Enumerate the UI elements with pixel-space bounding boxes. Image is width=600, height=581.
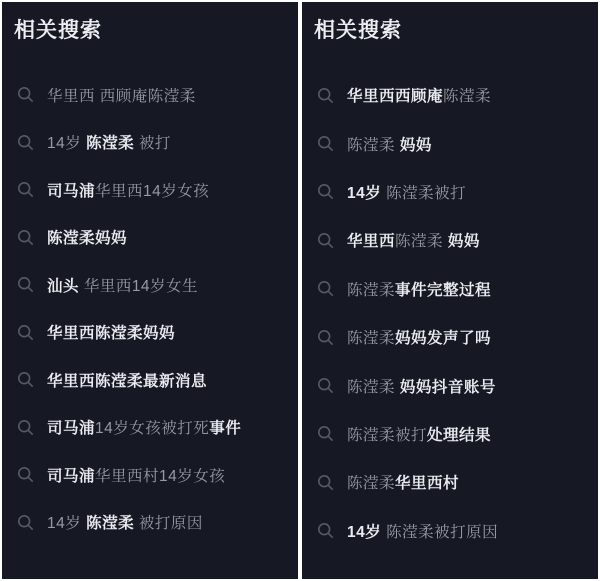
search-suggestion-text: 陈滢柔 妈妈 — [347, 133, 432, 155]
highlighted-term: 14岁 — [347, 185, 386, 202]
search-suggestion-item[interactable]: 14岁 陈滢柔被打原因 — [312, 507, 590, 555]
search-suggestion-text: 华里西陈滢柔妈妈 — [47, 321, 175, 343]
search-suggestion-text: 司马浦华里西14岁女孩 — [47, 179, 209, 201]
search-suggestion-item[interactable]: 陈滢柔华里西村 — [312, 458, 590, 506]
search-suggestion-item[interactable]: 陈滢柔妈妈发声了吗 — [312, 313, 590, 361]
matched-term: 陈滢柔 — [347, 282, 395, 299]
matched-term: 陈滢柔 — [443, 88, 491, 105]
highlighted-term: 妈妈 — [400, 137, 432, 154]
search-suggestion-item[interactable]: 司马浦华里西村14岁女孩 — [12, 451, 290, 499]
matched-term: 被打原因 — [139, 515, 203, 532]
search-suggestion-item[interactable]: 陈滢柔被打处理结果 — [312, 410, 590, 458]
search-suggestion-item[interactable]: 陈滢柔妈妈 — [12, 214, 290, 262]
search-suggestion-item[interactable]: 14岁 陈滢柔 被打原因 — [12, 499, 290, 547]
highlighted-term: 陈滢柔 — [86, 135, 139, 152]
matched-term: 陈滢柔被打原因 — [386, 524, 498, 541]
search-suggestion-text: 华里西西顾庵陈滢柔 — [347, 84, 491, 106]
matched-term: 陈滢柔 — [347, 330, 395, 347]
search-suggestion-item[interactable]: 华里西陈滢柔 妈妈 — [312, 216, 590, 264]
search-icon — [316, 522, 334, 540]
search-suggestion-text: 陈滢柔妈妈发声了吗 — [347, 326, 491, 348]
matched-term: 14岁 — [47, 135, 86, 152]
matched-term: 14岁女孩被打死 — [95, 420, 209, 437]
search-suggestion-text: 陈滢柔事件完整过程 — [347, 278, 491, 300]
matched-term: 华里西村14岁女孩 — [95, 468, 225, 485]
highlighted-term: 华里西 — [347, 233, 395, 250]
matched-term: 华里西14岁女孩 — [95, 183, 209, 200]
search-suggestion-item[interactable]: 华里西西顾庵陈滢柔 — [312, 71, 590, 119]
highlighted-term: 华里西陈滢柔最新消息 — [47, 373, 207, 390]
search-icon — [16, 181, 34, 199]
matched-term: 华里西14岁女生 — [84, 278, 198, 295]
search-suggestion-text: 陈滢柔被打处理结果 — [347, 423, 491, 445]
search-suggestion-item[interactable]: 陈滢柔 妈妈抖音账号 — [312, 361, 590, 409]
search-suggestion-text: 陈滢柔华里西村 — [347, 471, 459, 493]
highlighted-term: 处理结果 — [427, 427, 491, 444]
highlighted-term: 事件完整过程 — [395, 282, 491, 299]
search-icon — [16, 276, 34, 294]
search-suggestion-item[interactable]: 司马浦14岁女孩被打死事件 — [12, 404, 290, 452]
search-suggestion-text: 14岁 陈滢柔 被打原因 — [47, 511, 203, 533]
search-icon — [16, 86, 34, 104]
search-suggestion-text: 陈滢柔妈妈 — [47, 226, 127, 248]
search-suggestion-item[interactable]: 华里西陈滢柔最新消息 — [12, 356, 290, 404]
highlighted-term: 司马浦 — [47, 183, 95, 200]
matched-term: 14岁 — [47, 515, 86, 532]
search-icon — [16, 323, 34, 341]
search-suggestion-item[interactable]: 14岁 陈滢柔被打 — [312, 168, 590, 216]
search-icon — [316, 425, 334, 443]
search-suggestion-item[interactable]: 华里西 西顾庵陈滢柔 — [12, 71, 290, 119]
search-suggestion-text: 14岁 陈滢柔 被打 — [47, 131, 171, 153]
highlighted-term: 司马浦 — [47, 420, 95, 437]
search-icon — [316, 86, 334, 104]
search-suggestion-list: 华里西 西顾庵陈滢柔14岁 陈滢柔 被打司马浦华里西14岁女孩陈滢柔妈妈汕头 华… — [12, 71, 290, 546]
search-suggestion-item[interactable]: 司马浦华里西14岁女孩 — [12, 166, 290, 214]
search-suggestion-text: 华里西 西顾庵陈滢柔 — [47, 84, 196, 106]
search-icon — [16, 418, 34, 436]
search-icon — [316, 231, 334, 249]
search-icon — [316, 135, 334, 153]
search-icon — [16, 228, 34, 246]
panel-title: 相关搜索 — [14, 18, 290, 44]
matched-term: 华里西 西顾庵陈滢柔 — [47, 88, 196, 105]
related-searches-page: 相关搜索 华里西 西顾庵陈滢柔14岁 陈滢柔 被打司马浦华里西14岁女孩陈滢柔妈… — [0, 0, 600, 581]
search-suggestion-item[interactable]: 14岁 陈滢柔 被打 — [12, 119, 290, 167]
matched-term: 陈滢柔被打 — [386, 185, 466, 202]
highlighted-term: 司马浦 — [47, 468, 95, 485]
related-search-panel-left: 相关搜索 华里西 西顾庵陈滢柔14岁 陈滢柔 被打司马浦华里西14岁女孩陈滢柔妈… — [2, 2, 298, 579]
search-suggestion-item[interactable]: 汕头 华里西14岁女生 — [12, 261, 290, 309]
search-icon — [16, 466, 34, 484]
search-icon — [316, 473, 334, 491]
matched-term: 陈滢柔 — [347, 379, 400, 396]
search-icon — [316, 328, 334, 346]
search-icon — [316, 377, 334, 395]
search-suggestion-text: 华里西陈滢柔 妈妈 — [347, 229, 480, 251]
search-suggestion-item[interactable]: 陈滢柔事件完整过程 — [312, 265, 590, 313]
search-icon — [316, 280, 334, 298]
highlighted-term: 妈妈发声了吗 — [395, 330, 491, 347]
search-suggestion-text: 司马浦华里西村14岁女孩 — [47, 464, 225, 486]
search-suggestion-text: 华里西陈滢柔最新消息 — [47, 369, 207, 391]
search-icon — [16, 371, 34, 389]
matched-term: 陈滢柔被打 — [347, 427, 427, 444]
search-suggestion-text: 陈滢柔 妈妈抖音账号 — [347, 375, 496, 397]
search-icon — [16, 133, 34, 151]
matched-term: 陈滢柔 — [395, 233, 448, 250]
highlighted-term: 事件 — [209, 420, 241, 437]
search-suggestion-list: 华里西西顾庵陈滢柔陈滢柔 妈妈14岁 陈滢柔被打华里西陈滢柔 妈妈陈滢柔事件完整… — [312, 71, 590, 555]
matched-term: 陈滢柔 — [347, 137, 400, 154]
highlighted-term: 妈妈抖音账号 — [400, 379, 496, 396]
search-suggestion-text: 14岁 陈滢柔被打原因 — [347, 520, 498, 542]
highlighted-term: 14岁 — [347, 524, 386, 541]
highlighted-term: 汕头 — [47, 278, 84, 295]
related-search-panel-right: 相关搜索 华里西西顾庵陈滢柔陈滢柔 妈妈14岁 陈滢柔被打华里西陈滢柔 妈妈陈滢… — [302, 2, 598, 579]
highlighted-term: 华里西西顾庵 — [347, 88, 443, 105]
highlighted-term: 陈滢柔 — [86, 515, 139, 532]
search-suggestion-text: 司马浦14岁女孩被打死事件 — [47, 416, 241, 438]
highlighted-term: 华里西村 — [395, 475, 459, 492]
search-suggestion-text: 汕头 华里西14岁女生 — [47, 274, 198, 296]
search-suggestion-text: 14岁 陈滢柔被打 — [347, 181, 466, 203]
search-suggestion-item[interactable]: 华里西陈滢柔妈妈 — [12, 309, 290, 357]
search-suggestion-item[interactable]: 陈滢柔 妈妈 — [312, 119, 590, 167]
highlighted-term: 陈滢柔妈妈 — [47, 230, 127, 247]
search-icon — [316, 183, 334, 201]
search-icon — [16, 513, 34, 531]
matched-term: 被打 — [139, 135, 171, 152]
highlighted-term: 华里西陈滢柔妈妈 — [47, 325, 175, 342]
panel-title: 相关搜索 — [314, 18, 590, 44]
matched-term: 陈滢柔 — [347, 475, 395, 492]
highlighted-term: 妈妈 — [448, 233, 480, 250]
